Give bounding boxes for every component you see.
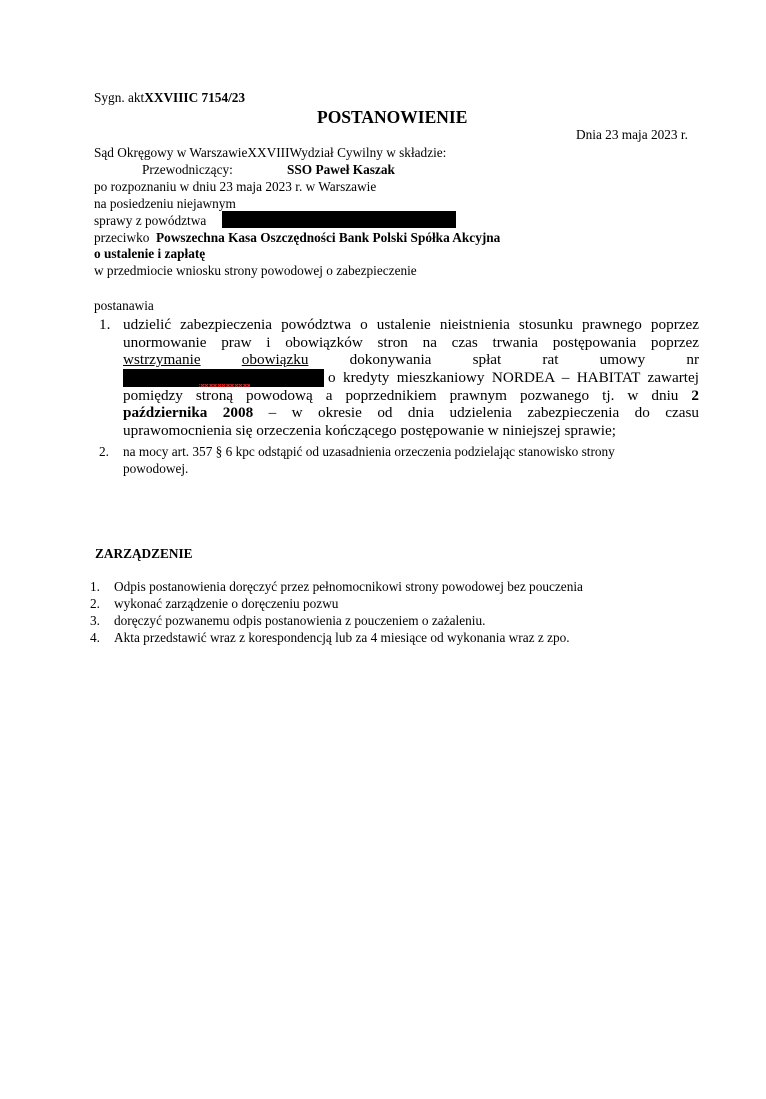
underlined-word-suspension: wstrzymanie xyxy=(123,351,201,368)
signature-value: XXVIIIC 7154/23 xyxy=(144,90,245,105)
defendant-line: przeciwko Powszechna Kasa Oszczędności B… xyxy=(94,231,500,244)
order-4-number: 4. xyxy=(90,631,100,644)
order-3-number: 3. xyxy=(90,614,100,627)
ruling-1-line-2: unormowanie praw i obowiązków stron na c… xyxy=(123,335,699,350)
ruling-1-line-7: uprawomocnienia się orzeczenia kończąceg… xyxy=(123,423,616,438)
document-title: POSTANOWIENIE xyxy=(317,109,467,127)
case-signature: Sygn. aktXXVIIIC 7154/23 xyxy=(94,91,245,104)
date-line: Dnia 23 maja 2023 r. xyxy=(576,128,688,141)
motion-line: w przedmiocie wniosku strony powodowej o… xyxy=(94,264,417,277)
order-2-text: wykonać zarządzenie o doręczeniu pozwu xyxy=(114,597,338,610)
ruling-2-line-1: na mocy art. 357 § 6 kpc odstąpić od uza… xyxy=(123,445,615,458)
court-composition: Wydział Cywilny w składzie: xyxy=(290,145,447,160)
ruling-1-line-1: udzielić zabezpieczenia powództwa o usta… xyxy=(123,317,699,332)
underlined-word-obligation: obowiązku xyxy=(242,351,309,368)
ruling-1-line-4: o kredyty mieszkaniowy NORDEA – HABITAT … xyxy=(328,370,699,385)
ruling-1-line-6: października 2008 – w okresie od dnia ud… xyxy=(123,405,699,420)
ruling-1-number: 1. xyxy=(99,317,110,332)
order-heading: ZARZĄDZENIE xyxy=(95,547,193,560)
court-name: Sąd Okręgowy w Warszawie xyxy=(94,145,247,160)
ruling-1-line-3: wstrzymanie obowiązku dokonywania spłat … xyxy=(123,352,699,367)
order-3-text: doręczyć pozwanemu odpis postanowienia z… xyxy=(114,614,485,627)
hearing-line: po rozpoznaniu w dniu 23 maja 2023 r. w … xyxy=(94,180,376,193)
order-1-text: Odpis postanowienia doręczyć przez pełno… xyxy=(114,580,583,593)
defendant-name: Powszechna Kasa Oszczędności Bank Polski… xyxy=(156,230,500,245)
ruling-2-number: 2. xyxy=(99,445,109,458)
ruling-2-line-2: powodowej. xyxy=(123,462,188,475)
presiding-judge: SSO Paweł Kaszak xyxy=(287,163,395,176)
order-heading-text: ZARZĄDZENIE xyxy=(95,546,193,561)
ruling-1-line-3-rest: dokonywania spłat rat umowy nr xyxy=(350,351,699,368)
signature-label: Sygn. akt xyxy=(94,90,144,105)
presiding-label: Przewodniczący: xyxy=(142,163,233,176)
ruling-1-date-day: 2 xyxy=(691,387,699,404)
ruling-1-line-5-text: pomiędzy stroną powodową a poprzednikiem… xyxy=(123,387,678,404)
judge-name: SSO Paweł Kaszak xyxy=(287,162,395,177)
claim-subject: o ustalenie i zapłatę xyxy=(94,247,205,260)
decides-label: postanawia xyxy=(94,299,154,312)
session-line: na posiedzeniu niejawnym xyxy=(94,197,236,210)
order-2-number: 2. xyxy=(90,597,100,610)
order-1-number: 1. xyxy=(90,580,100,593)
ruling-1-line-6-text: – w okresie od dnia udzielenia zabezpiec… xyxy=(269,404,699,421)
ruling-1-line-5: pomiędzy stroną powodową a poprzednikiem… xyxy=(123,388,699,403)
court-division: XXVIII xyxy=(247,145,289,160)
redacted-plaintiff xyxy=(222,211,456,228)
plaintiff-label: sprawy z powództwa xyxy=(94,214,206,227)
defendant-label: przeciwko xyxy=(94,230,149,245)
claim-subject-text: o ustalenie i zapłatę xyxy=(94,246,205,261)
order-4-text: Akta przedstawić wraz z korespondencją l… xyxy=(114,631,570,644)
ruling-1-date-month-year: października 2008 xyxy=(123,404,253,421)
court-line: Sąd Okręgowy w WarszawieXXVIIIWydział Cy… xyxy=(94,146,446,159)
